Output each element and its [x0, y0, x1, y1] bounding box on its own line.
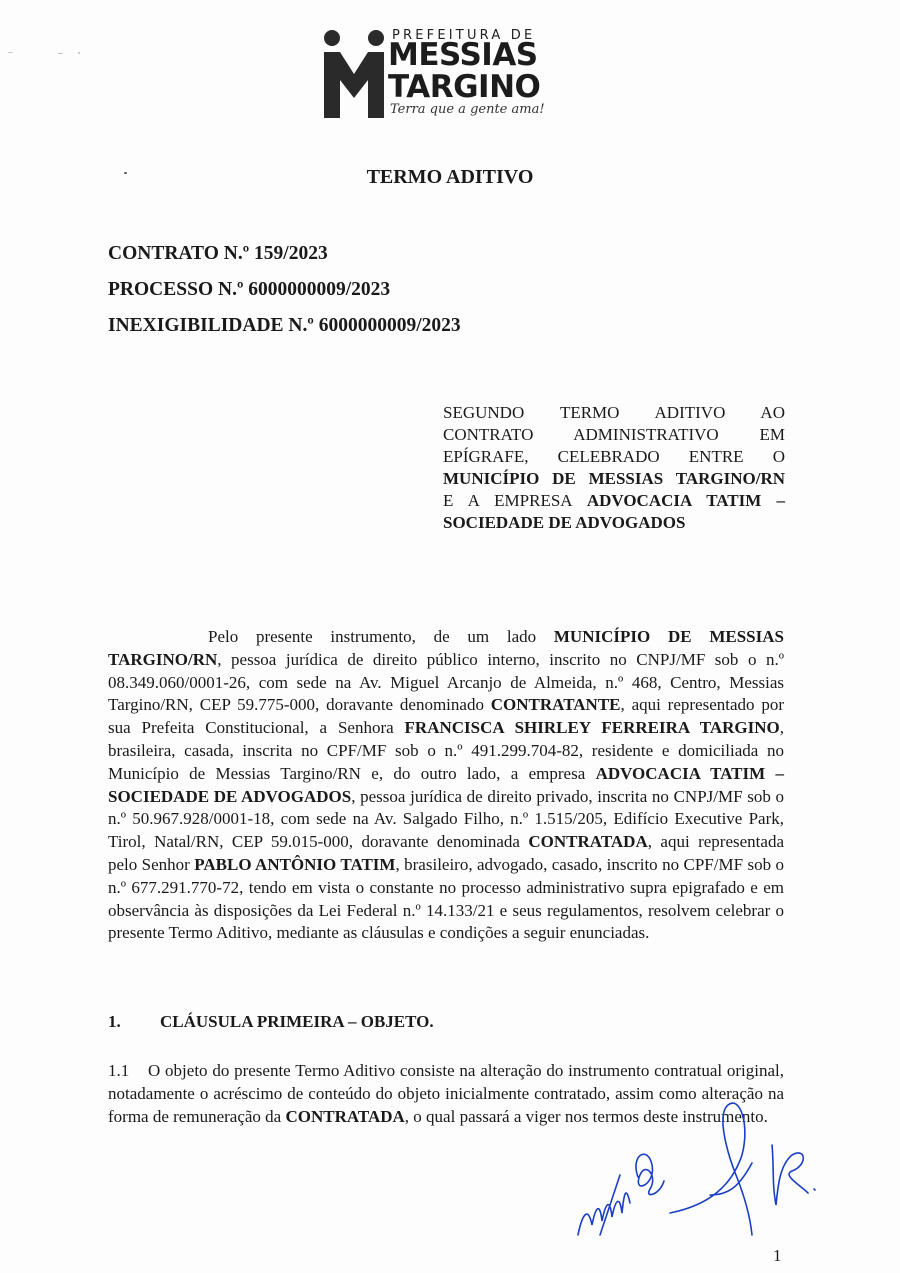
logo-m-figure-icon [322, 28, 386, 120]
signatures-icon [560, 1085, 880, 1245]
logo-slogan: Terra que a gente ama! [390, 102, 545, 117]
inexigibility-number: INEXIGIBILIDADE N.º 6000000009/2023 [108, 308, 461, 344]
prefeitura-logo: PREFEITURA DE MESSIAS TARGINO Terra que … [322, 28, 552, 120]
scan-speck [124, 172, 127, 174]
contract-number: CONTRATO N.º 159/2023 [108, 236, 461, 272]
clause-heading: 1.CLÁUSULA PRIMEIRA – OBJETO. [108, 1012, 434, 1032]
page-number: 1 [773, 1246, 782, 1266]
logo-line1: MESSIAS [388, 38, 538, 72]
scan-speck [58, 53, 63, 54]
process-number: PROCESSO N.º 6000000009/2023 [108, 272, 461, 308]
document-title: TERMO ADITIVO [0, 166, 900, 189]
scan-speck [78, 52, 80, 54]
document-page: PREFEITURA DE MESSIAS TARGINO Terra que … [0, 0, 900, 1273]
logo-line2: TARGINO [388, 70, 540, 104]
scan-speck [8, 52, 13, 53]
preamble-paragraph: Pelo presente instrumento, de um lado MU… [108, 626, 784, 945]
references-block: CONTRATO N.º 159/2023 PROCESSO N.º 60000… [108, 236, 461, 344]
ementa-block: SEGUNDO TERMO ADITIVO AO CONTRATO ADMINI… [443, 402, 785, 534]
